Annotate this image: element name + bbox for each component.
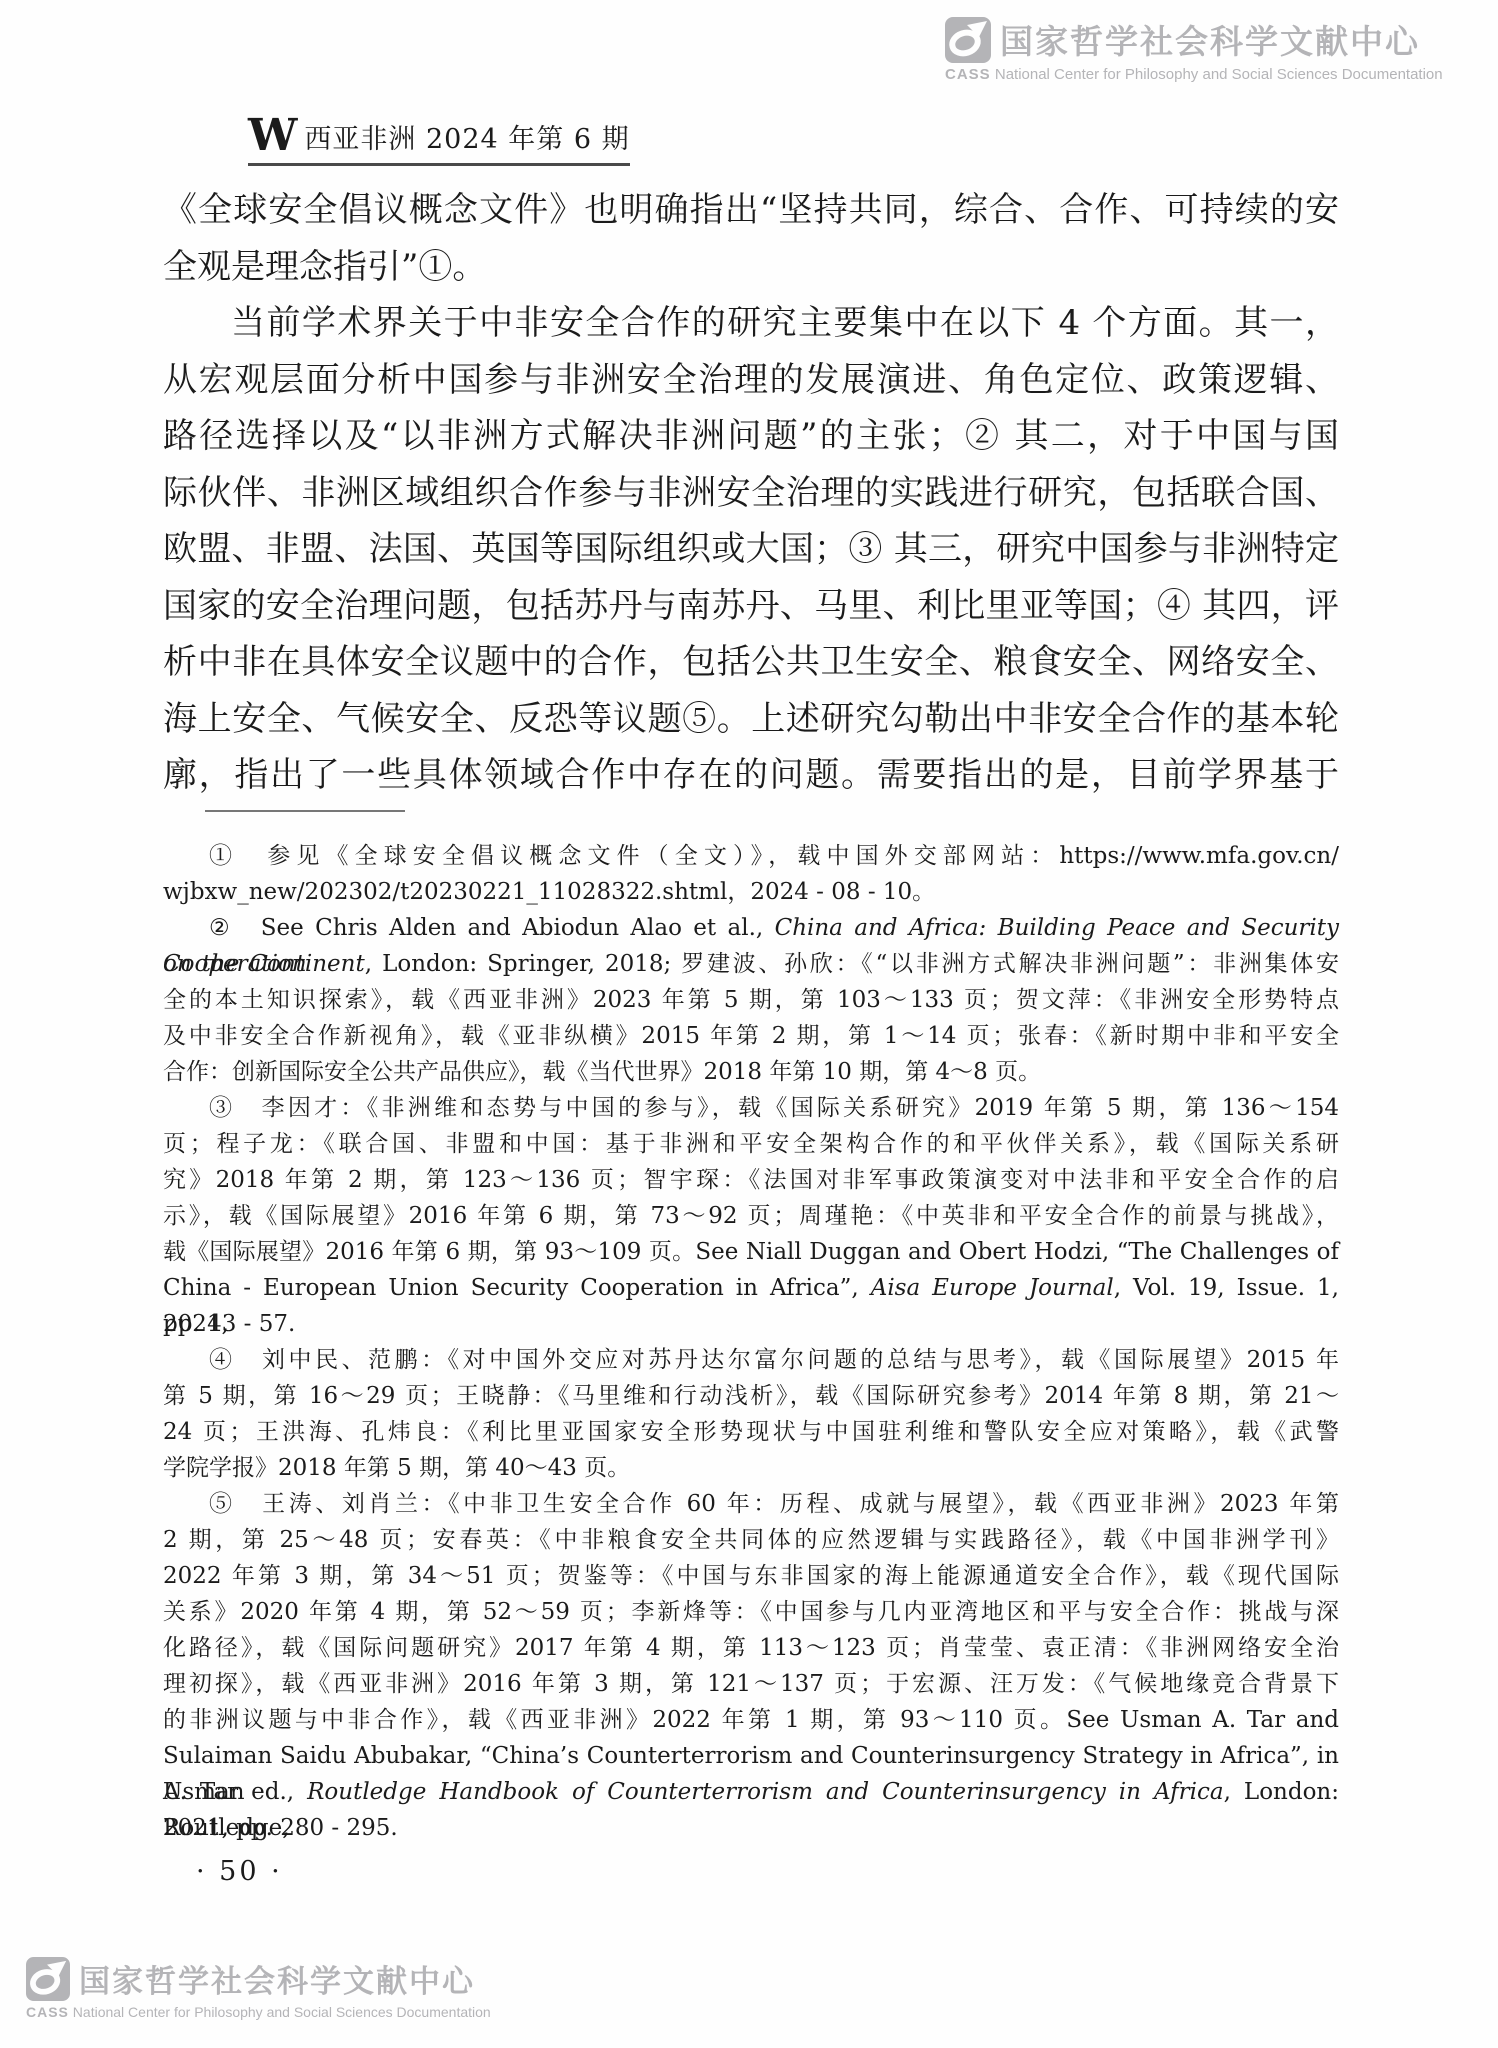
body-line: 当前学术界关于中非安全合作的研究主要集中在以下 4 个方面。其一，	[163, 295, 1339, 352]
footnote-line: 载《国际展望》2016 年第 6 期，第 93～109 页。See Niall …	[163, 1234, 1339, 1270]
body-line: 欧盟、非盟、法国、英国等国际组织或大国；③ 其三，研究中国参与非洲特定	[163, 521, 1339, 578]
journal-title-line: 西亚非洲 2024 年第 6 期	[304, 124, 629, 156]
footnote-line: China - European Union Security Cooperat…	[163, 1270, 1339, 1306]
body-line: 国家的安全治理问题，包括苏丹与南苏丹、马里、利比里亚等国；④ 其四，评	[163, 578, 1339, 635]
footnote-line: 及中非安全合作新视角》，载《亚非纵横》2015 年第 2 期，第 1～14 页；…	[163, 1018, 1339, 1054]
footnote-line: 第 5 期，第 16～29 页；王晓静：《马里维和行动浅析》，载《国际研究参考》…	[163, 1378, 1339, 1414]
footnote-line: 2 期，第 25～48 页；安春英：《中非粮食安全共同体的应然逻辑与实践路径》，…	[163, 1522, 1339, 1558]
footnote-separator	[205, 810, 405, 812]
footnote-line: 页；程子龙：《联合国、非盟和中国：基于非洲和平安全架构合作的和平伙伴关系》，载《…	[163, 1126, 1339, 1162]
footnote-line: wjbxw_new/202302/t20230221_11028322.shtm…	[163, 874, 1339, 910]
body-line: 全观是理念指引”①。	[163, 239, 1339, 296]
footnote-line: 的非洲议题与中非合作》，载《西亚非洲》2022 年第 1 期，第 93～110 …	[163, 1702, 1339, 1738]
footnote-line: 化路径》，载《国际问题研究》2017 年第 4 期，第 113～123 页；肖莹…	[163, 1630, 1339, 1666]
cass-acronym: CASS	[945, 66, 991, 83]
cass-logo-icon	[26, 1957, 70, 2001]
body-line: 析中非在具体安全议题中的合作，包括公共卫生安全、粮食安全、网络安全、	[163, 634, 1339, 691]
body-line: 海上安全、气候安全、反恐等议题⑤。上述研究勾勒出中非安全合作的基本轮	[163, 691, 1339, 748]
cass-logo-en-line: CASS National Center for Philosophy and …	[26, 2004, 491, 2020]
document-page: 国家哲学社会科学文献中心 CASS National Center for Ph…	[0, 0, 1498, 2048]
footnote-line: on the Continent, London: Springer, 2018…	[163, 946, 1339, 982]
cass-header-logo: 国家哲学社会科学文献中心 CASS National Center for Ph…	[945, 16, 1443, 83]
page-number: · 50 ·	[196, 1856, 283, 1887]
body-line: 路径选择以及“以非洲方式解决非洲问题”的主张；② 其二，对于中国与国	[163, 408, 1339, 465]
footnotes: ① 参见《全球安全倡议概念文件（全文）》，载中国外交部网站：https://ww…	[163, 838, 1339, 1846]
cass-logo-cn: 国家哲学社会科学文献中心	[1000, 16, 1420, 63]
body-text: 《全球安全倡议概念文件》也明确指出“坚持共同，综合、合作、可持续的安全观是理念指…	[163, 182, 1339, 804]
footnote-line: 关系》2020 年第 4 期，第 52～59 页；李新烽等：《中国参与几内亚湾地…	[163, 1594, 1339, 1630]
cass-logo-en: National Center for Philosophy and Socia…	[73, 2004, 491, 2020]
footnote-line: ③ 李因才：《非洲维和态势与中国的参与》，载《国际关系研究》2019 年第 5 …	[163, 1090, 1339, 1126]
footnote-line: A. Tar ed., Routledge Handbook of Counte…	[163, 1774, 1339, 1810]
footnote-line: 全的本土知识探索》，载《西亚非洲》2023 年第 5 期，第 103～133 页…	[163, 982, 1339, 1018]
journal-header: W 西亚非洲 2024 年第 6 期	[248, 116, 630, 166]
footnote-line: 2022 年第 3 期，第 34～51 页；贺鉴等：《中国与东非国家的海上能源通…	[163, 1558, 1339, 1594]
footnote-line: 合作：创新国际安全公共产品供应》，载《当代世界》2018 年第 10 期，第 4…	[163, 1054, 1339, 1090]
footnote-line: 学院学报》2018 年第 5 期，第 40～43 页。	[163, 1450, 1339, 1486]
cass-logo-en-line: CASS National Center for Philosophy and …	[945, 66, 1443, 83]
footnote-line: 究》2018 年第 2 期，第 123～136 页；智宇琛：《法国对非军事政策演…	[163, 1162, 1339, 1198]
footnote-line: 2021, pp. 280 - 295.	[163, 1810, 1339, 1846]
footnote-line: ① 参见《全球安全倡议概念文件（全文）》，载中国外交部网站：https://ww…	[163, 838, 1339, 874]
body-line: 《全球安全倡议概念文件》也明确指出“坚持共同，综合、合作、可持续的安	[163, 182, 1339, 239]
footnote-line: ④ 刘中民、范鹏：《对中国外交应对苏丹达尔富尔问题的总结与思考》，载《国际展望》…	[163, 1342, 1339, 1378]
journal-logo: W	[248, 116, 294, 156]
footnote-line: 理初探》，载《西亚非洲》2016 年第 3 期，第 121～137 页；于宏源、…	[163, 1666, 1339, 1702]
footnote-line: ⑤ 王涛、刘肖兰：《中非卫生安全合作 60 年：历程、成就与展望》，载《西亚非洲…	[163, 1486, 1339, 1522]
cass-logo-icon	[945, 17, 991, 63]
body-line: 廓，指出了一些具体领域合作中存在的问题。需要指出的是，目前学界基于	[163, 747, 1339, 804]
footnote-line: 示》，载《国际展望》2016 年第 6 期，第 73～92 页；周瑾艳：《中英非…	[163, 1198, 1339, 1234]
footnote-line: pp. 43 - 57.	[163, 1306, 1339, 1342]
footnote-line: 24 页；王洪海、孔炜良：《利比里亚国家安全形势现状与中国驻利维和警队安全应对策…	[163, 1414, 1339, 1450]
body-line: 从宏观层面分析中国参与非洲安全治理的发展演进、角色定位、政策逻辑、	[163, 352, 1339, 409]
cass-acronym: CASS	[26, 2004, 69, 2020]
body-line: 际伙伴、非洲区域组织合作参与非洲安全治理的实践进行研究，包括联合国、	[163, 465, 1339, 522]
cass-logo-cn: 国家哲学社会科学文献中心	[79, 1956, 475, 2001]
cass-footer-logo: 国家哲学社会科学文献中心 CASS National Center for Ph…	[26, 1956, 491, 2020]
footnote-line: ② See Chris Alden and Abiodun Alao et al…	[163, 910, 1339, 946]
footnote-line: Sulaiman Saidu Abubakar, “China’s Counte…	[163, 1738, 1339, 1774]
cass-logo-en: National Center for Philosophy and Socia…	[995, 66, 1443, 83]
